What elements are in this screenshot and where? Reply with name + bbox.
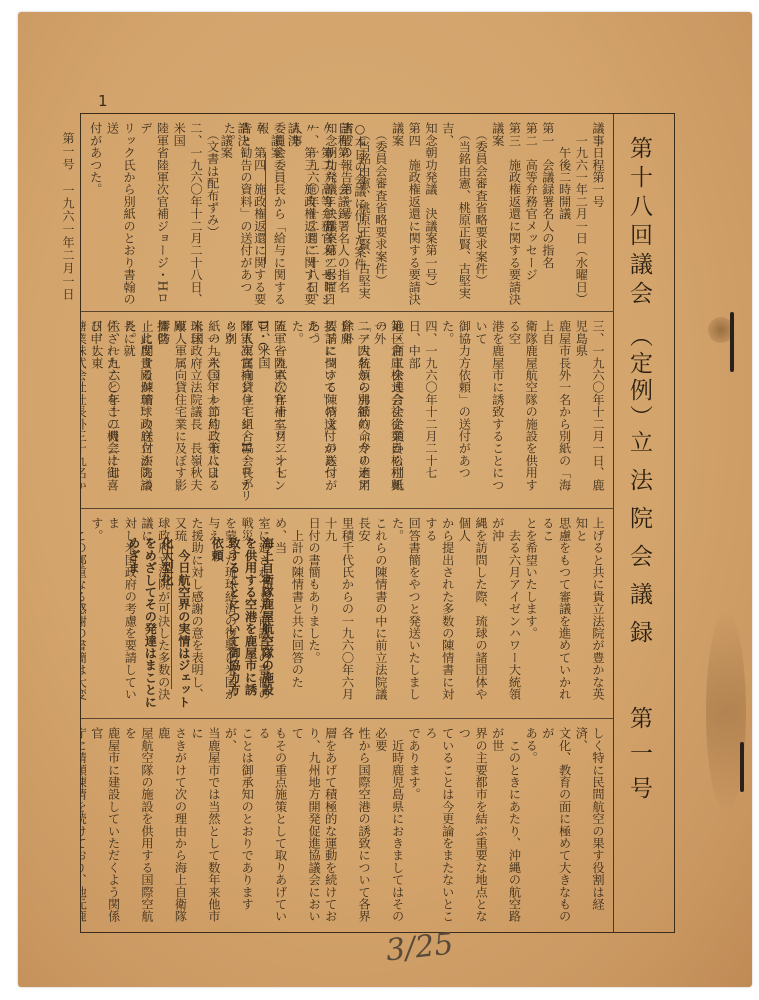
running-header-issue: 第一号 bbox=[61, 132, 75, 171]
letter-header: 第一倉庫株式会社従業員松村興一外 二一四名から別紙の「ガリオア倉庫 払下について… bbox=[81, 312, 412, 508]
band-letter: 上げると共に貴立法院が豊かな英知と 思慮をもつて審議を進めていかれるこ とを希望… bbox=[81, 509, 614, 719]
page-number: 1 bbox=[98, 92, 108, 110]
publication-title: 立法院会議録 bbox=[623, 430, 656, 658]
staple bbox=[740, 742, 744, 792]
body-area: 議事日程第一号 一九六一年二月一日（水曜日） 午後二時開議 第一 会議録署名人の… bbox=[81, 114, 614, 932]
band-request: しく特に民間航空の果す役割は経済、 文化、教育の面に極めて大きなものが ある。 … bbox=[81, 719, 614, 934]
issue-number: 第一号 bbox=[623, 706, 656, 811]
band-agenda: 議事日程第一号 一九六一年二月一日（水曜日） 午後二時開議 第一 会議録署名人の… bbox=[81, 114, 614, 312]
band-petitions: 三、一九六〇年十二月一日、鹿児島県 鹿屋市長外一名から別紙の「海上自 衛隊鹿屋航… bbox=[81, 312, 614, 509]
staple bbox=[730, 312, 734, 372]
session-type: （定例） bbox=[623, 324, 656, 432]
handwritten-note: 3/25 bbox=[384, 927, 455, 969]
request-heading: 海上自衛隊鹿屋航空隊の施設 を供用する空港を鹿屋市に誘 致することについて御協力… bbox=[119, 529, 283, 718]
reports-section: 諸般の報告第一号 一九六一年二月一日 水曜日 一、一九六〇年十二月二十八日、人事… bbox=[81, 114, 362, 311]
masthead: 第十八回議会 （定例） 立法院会議録 第一号 bbox=[613, 114, 674, 932]
session-title: 第十八回議会 bbox=[623, 136, 656, 310]
document-frame: 第十八回議会 （定例） 立法院会議録 第一号 議事日程第一号 一九六一年二月一日… bbox=[80, 113, 675, 933]
running-header-date: 一九六一年二月一日 bbox=[61, 184, 75, 301]
running-header: 第一号 一九六一年二月一日 bbox=[60, 132, 77, 301]
request-body: しく特に民間航空の果す役割は経済、 文化、教育の面に極めて大きなものが ある。 … bbox=[81, 719, 614, 934]
